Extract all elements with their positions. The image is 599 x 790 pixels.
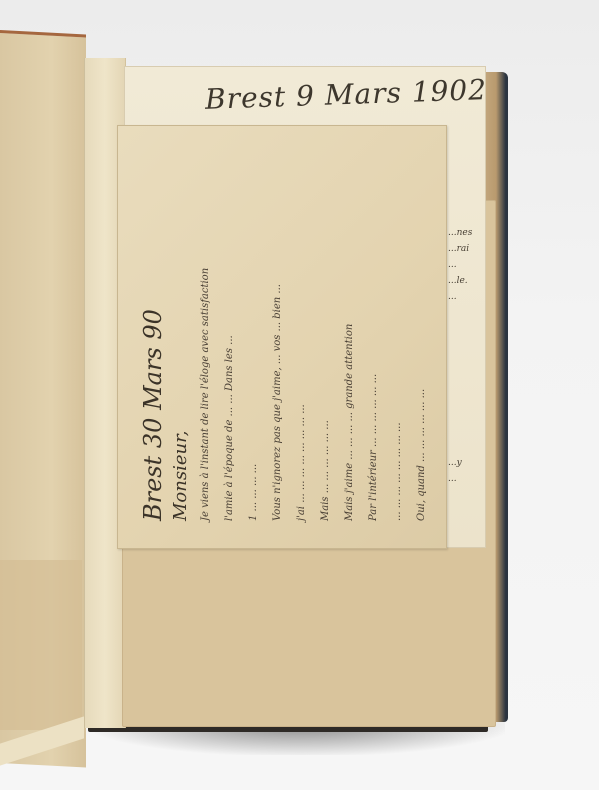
letter-salutation: Monsieur, [168,125,194,521]
letter-line: Je viens à l'instant de lire l'éloge ave… [194,125,218,521]
margin-note: ...le. [448,273,478,289]
left-cover-stain [0,560,82,730]
margin-note: ... [448,257,478,273]
margin-note: ...rai [448,241,478,257]
letter-line: Vous n'ignorez pas que j'aime, ... vos .… [266,125,290,521]
letter-line: Mais j'aime ... ... ... ... grande atten… [338,125,362,521]
margin-note: ... [448,471,478,487]
margin-note: ...y [448,455,478,471]
margin-note: ...nes [448,225,478,241]
letter-line: j'ai ... ... ... ... ... ... ... ... [290,125,314,521]
letter-line: Oui, quand ... ... ... ... ... ... [410,125,434,521]
letter-line: l'amie à l'époque de ... ... Dans les ..… [218,125,242,521]
letter-line: Par l'intérieur ... ... ... ... ... ... [362,125,386,521]
letter-line: ... ... ... ... ... ... ... ... [386,125,410,521]
margin-notes: ...nes ...rai ... ...le. ... ...y ... [448,225,478,487]
letter-card: Brest 30 Mars 90 Monsieur, Je viens à l'… [117,125,447,549]
margin-note: ... [448,289,478,305]
letter-line: ... ... ... ... ... ... ... ... [434,125,447,521]
letter-line: Mais ... ... ... ... ... ... [314,125,338,521]
letter-line: 1 ... ... ... ... [242,125,266,521]
letter-text-block: Brest 30 Mars 90 Monsieur, Je viens à l'… [138,125,447,521]
letter-date: Brest 30 Mars 90 [138,125,168,521]
